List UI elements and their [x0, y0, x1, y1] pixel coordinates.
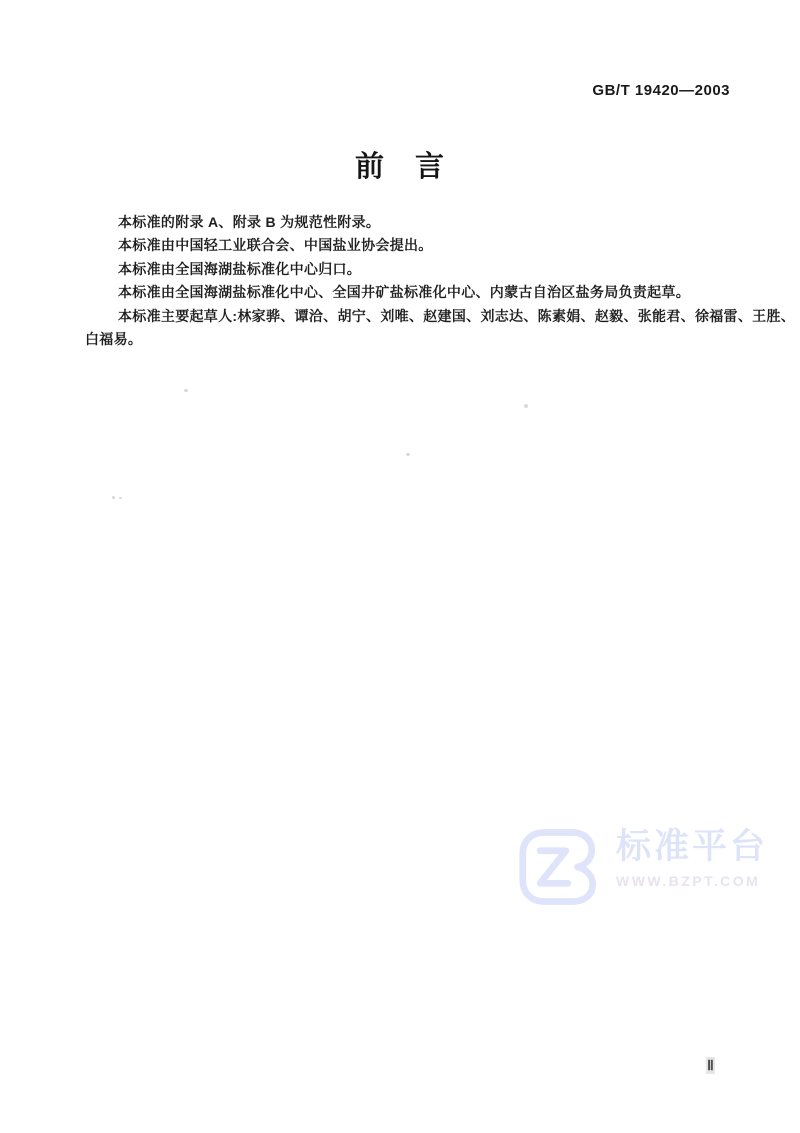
foreword-line: 本标准由全国海湖盐标准化中心归口。 — [85, 258, 735, 281]
watermark-url: WWW.BZPT.COM — [616, 873, 768, 889]
watermark: 标准平台 WWW.BZPT.COM — [518, 820, 768, 908]
bzpt-logo-icon — [518, 826, 610, 908]
foreword-line: 白福易。 — [85, 328, 735, 351]
page-number: Ⅱ — [706, 1057, 715, 1074]
scan-speck — [119, 497, 122, 499]
page-title: 前 言 — [0, 144, 800, 185]
foreword-line: 本标准由全国海湖盐标准化中心、全国井矿盐标准化中心、内蒙古自治区盐务局负责起草。 — [85, 281, 735, 304]
foreword-body: 本标准的附录 A、附录 B 为规范性附录。 本标准由中国轻工业联合会、中国盐业协… — [85, 211, 735, 351]
standard-code: GB/T 19420—2003 — [592, 82, 730, 99]
scan-speck — [112, 496, 115, 499]
scan-speck — [524, 404, 528, 408]
scan-speck — [184, 389, 188, 392]
foreword-line: 本标准主要起草人:林家骅、谭洽、胡宁、刘唯、赵建国、刘志达、陈素娟、赵毅、张能君… — [85, 305, 735, 328]
watermark-text: 标准平台 WWW.BZPT.COM — [616, 820, 768, 889]
watermark-platform-name: 标准平台 — [616, 828, 768, 867]
document-page: GB/T 19420—2003 前 言 本标准的附录 A、附录 B 为规范性附录… — [0, 0, 800, 1133]
foreword-line: 本标准的附录 A、附录 B 为规范性附录。 — [85, 211, 735, 234]
scan-speck — [406, 453, 410, 456]
foreword-line: 本标准由中国轻工业联合会、中国盐业协会提出。 — [85, 234, 735, 257]
